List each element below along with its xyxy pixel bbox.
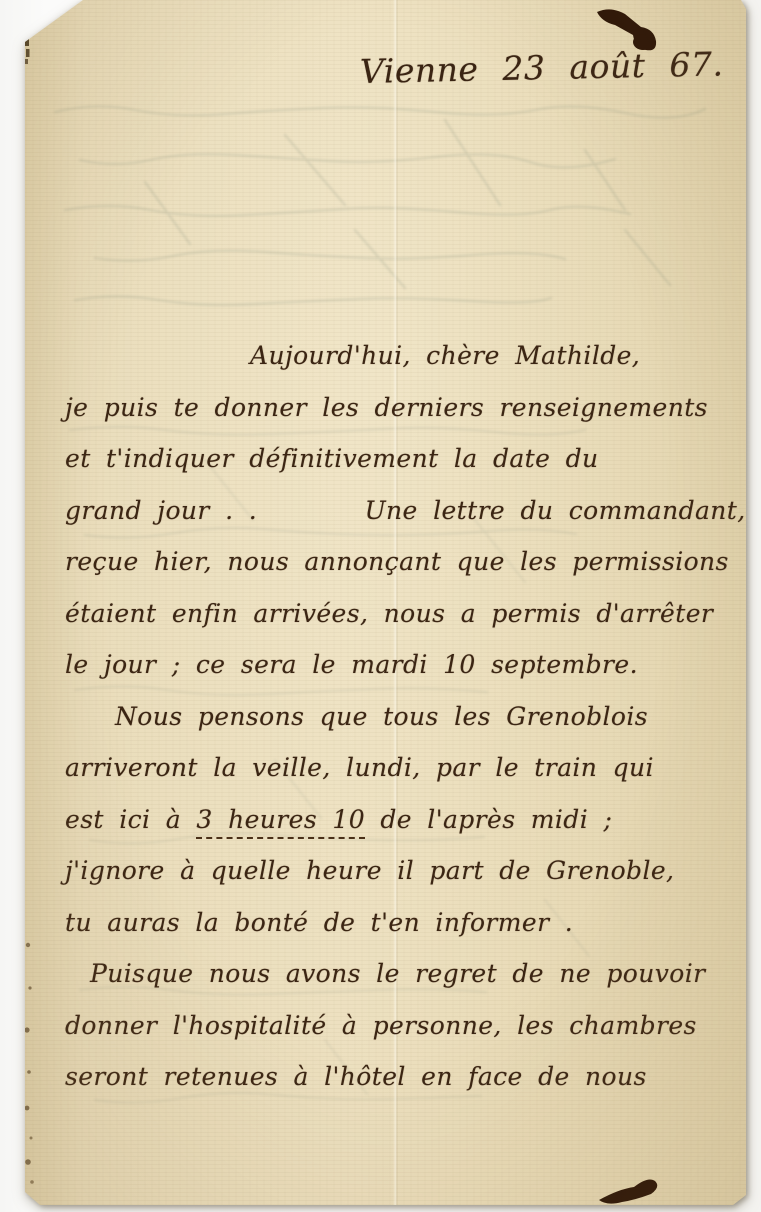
letter-paper: Vienne 23 août 67. Aujourd'hui, chère Ma… (25, 0, 746, 1205)
letter-line: reçue hier, nous annonçant que les permi… (65, 536, 737, 588)
line-segment: de l'après midi ; (365, 805, 612, 834)
line-segment: est ici à (65, 805, 196, 834)
letter-line: est ici à 3 heures 10 de l'après midi ; (65, 794, 737, 846)
letter-line: le jour ; ce sera le mardi 10 septembre. (65, 639, 737, 691)
letter-line: je puis te donner les derniers renseigne… (65, 382, 737, 434)
letter-body: Aujourd'hui, chère Mathilde, je puis te … (65, 330, 737, 1103)
letter-line: grand jour . . Une lettre du commandant, (65, 485, 737, 537)
letter-line: donner l'hospitalité à personne, les cha… (65, 1000, 737, 1052)
letter-line: et t'indiquer définitivement la date du (65, 433, 737, 485)
letter-dateline: Vienne 23 août 67. (360, 44, 741, 91)
letter-line: seront retenues à l'hôtel en face de nou… (65, 1051, 737, 1103)
letter-line: j'ignore à quelle heure il part de Greno… (65, 845, 737, 897)
letter-line: Puisque nous avons le regret de ne pouvo… (65, 948, 737, 1000)
ink-blot-bottom (585, 1170, 695, 1205)
scanned-letter-page: { "document": { "kind": "handwritten let… (0, 0, 761, 1212)
left-edge-marks (25, 0, 41, 1205)
letter-line: Nous pensons que tous les Grenoblois (65, 691, 737, 743)
underlined-time: 3 heures 10 (196, 805, 365, 839)
letter-line: tu auras la bonté de t'en informer . (65, 897, 737, 949)
letter-line: arriveront la veille, lundi, par le trai… (65, 742, 737, 794)
letter-line: Aujourd'hui, chère Mathilde, (65, 330, 737, 382)
letter-scan: Vienne 23 août 67. Aujourd'hui, chère Ma… (0, 0, 761, 1212)
letter-line: étaient enfin arrivées, nous a permis d'… (65, 588, 737, 640)
